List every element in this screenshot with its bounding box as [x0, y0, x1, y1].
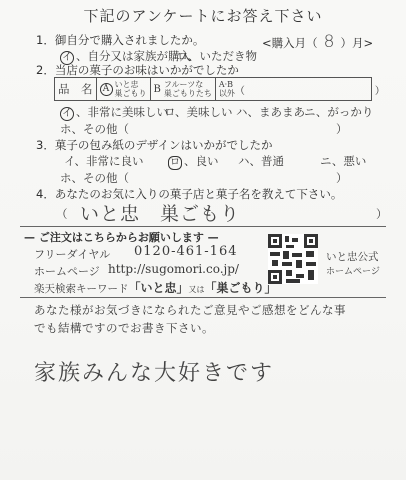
comments-prompt-line1: あなた様がお気づきになられたご意見やご感想をどんな事	[34, 302, 346, 318]
survey-title: 下記のアンケートにお答え下さい	[0, 5, 406, 26]
q2-other-close: ）	[336, 121, 348, 137]
qr-caption-line1: いと忠公式	[326, 249, 379, 264]
product-table: 品 名 A いと忠巣ごもり B フルーツな巣ごもりたち A·B以外 （ ）	[54, 77, 372, 101]
q4-answer[interactable]: いと忠 巣ごもり	[80, 199, 240, 226]
homepage-url[interactable]: http://sugomori.co.jp/	[108, 262, 239, 276]
survey-page: 下記のアンケートにお答え下さい 1．御自分で購入されましたか。 <購入月（8）月…	[0, 0, 406, 480]
product-other-field[interactable]: （ ）	[235, 82, 385, 97]
order-heading: — ご注文はこちらからお願いします —	[24, 229, 219, 245]
rakuten-keyword-itochu[interactable]: 「いと忠」	[129, 281, 189, 295]
q3-option-good[interactable]: ロ、良い	[168, 153, 219, 170]
divider-top	[20, 226, 386, 227]
rakuten-keyword-sugomori[interactable]: 「巣ごもり」	[205, 281, 277, 295]
selected-circle-icon: ロ	[168, 156, 182, 170]
q2-option-disappointed[interactable]: ニ、がっかり	[304, 104, 373, 120]
selected-circle-icon: A	[100, 83, 113, 96]
q3-option-normal[interactable]: ハ、普通	[238, 153, 284, 169]
purchase-month-prefix: <購入月（	[262, 36, 318, 50]
q3-label: 3．菓子の包み紙のデザインはいかがでしたか	[36, 137, 273, 153]
q4-open-paren: （	[56, 206, 68, 222]
q2-option-other[interactable]: ホ、その他（	[60, 121, 129, 137]
selected-circle-icon: イ	[60, 107, 74, 121]
rakuten-search: 楽天検索キーワード「いと忠」又は「巣ごもり」	[34, 279, 277, 296]
product-table-header: 品 名	[55, 78, 97, 100]
product-option-other[interactable]: A·B以外 （ ）	[216, 78, 388, 100]
qr-caption-line2: ホームページ	[326, 264, 380, 277]
q3-option-other[interactable]: ホ、その他（	[60, 170, 129, 186]
freedial-number[interactable]: 0120-461-164	[134, 244, 238, 259]
q3-option-very-good[interactable]: イ、非常に良い	[64, 153, 143, 169]
product-option-a[interactable]: A いと忠巣ごもり	[97, 78, 151, 100]
q3-other-close: ）	[336, 170, 348, 186]
purchase-month-suffix: ）月>	[340, 36, 373, 50]
qr-code-icon[interactable]	[268, 234, 318, 284]
freedial-label: フリーダイヤル	[34, 246, 110, 262]
homepage-label: ホームページ	[34, 263, 100, 279]
q2-label: 2．当店の菓子のお味はいかがでしたか	[36, 62, 239, 78]
purchase-month-value[interactable]: 8	[318, 32, 341, 52]
q4-close-paren: ）	[376, 206, 388, 222]
divider-bottom	[20, 297, 386, 298]
comments-prompt-line2: でも結構ですのでお書き下さい。	[34, 320, 214, 336]
purchase-month: <購入月（8）月>	[262, 32, 373, 52]
q1-label: 1．御自分で購入されましたか。	[36, 32, 204, 48]
q3-option-bad[interactable]: ニ、悪い	[320, 153, 366, 169]
q2-option-so-so[interactable]: ハ、まあまあ	[236, 104, 305, 120]
q2-option-tasty[interactable]: ロ、美味しい	[164, 104, 233, 120]
comments-answer[interactable]: 家族みんな大好きです	[34, 356, 274, 387]
product-option-b[interactable]: B フルーツな巣ごもりたち	[151, 78, 216, 100]
q2-option-very-tasty[interactable]: イ、非常に美味しい	[60, 104, 168, 121]
